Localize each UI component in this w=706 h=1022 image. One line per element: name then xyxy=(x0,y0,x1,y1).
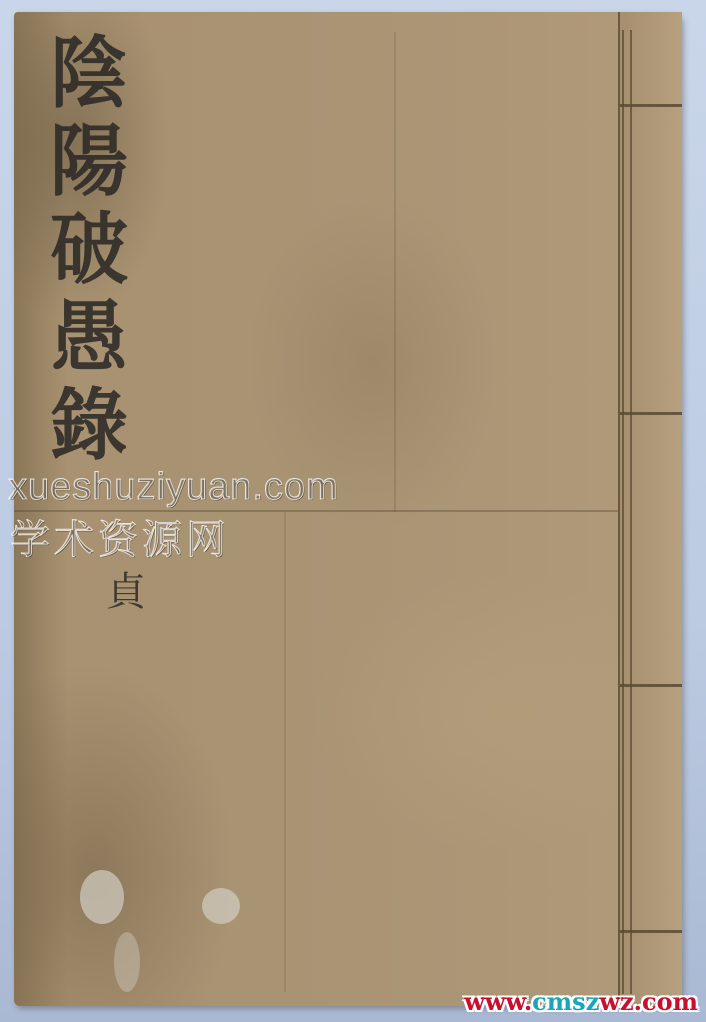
volume-mark: 貞 xyxy=(106,560,146,617)
watermark-site: www.cmszwz.com xyxy=(464,987,698,1016)
watermark-latin: xueshuziyuan.com xyxy=(8,466,339,509)
watermark-site-suffix: wz.com xyxy=(599,987,698,1016)
binding-stitch xyxy=(620,930,682,933)
paper-crease xyxy=(394,32,396,512)
title-char: 陰 xyxy=(50,30,128,118)
paper-crease xyxy=(284,512,286,992)
title-char: 錄 xyxy=(50,382,128,470)
watermark-site-mid: cmsz xyxy=(532,987,599,1016)
book-title: 陰 陽 破 愚 錄 xyxy=(34,30,144,470)
title-char: 愚 xyxy=(50,294,128,382)
paper-damage xyxy=(80,870,124,924)
title-char: 破 xyxy=(50,206,128,294)
watermark-site-prefix: www. xyxy=(464,987,532,1016)
paper-damage xyxy=(114,932,140,992)
spine-page-edge xyxy=(618,12,682,1006)
paper-damage xyxy=(202,888,240,924)
binding-stitch xyxy=(620,684,682,687)
binding-stitch xyxy=(620,412,682,415)
watermark-chinese: 学术资源网 xyxy=(10,508,230,565)
title-char: 陽 xyxy=(50,118,128,206)
binding-thread xyxy=(630,30,632,994)
binding-stitch xyxy=(620,104,682,107)
binding-thread xyxy=(622,30,624,994)
